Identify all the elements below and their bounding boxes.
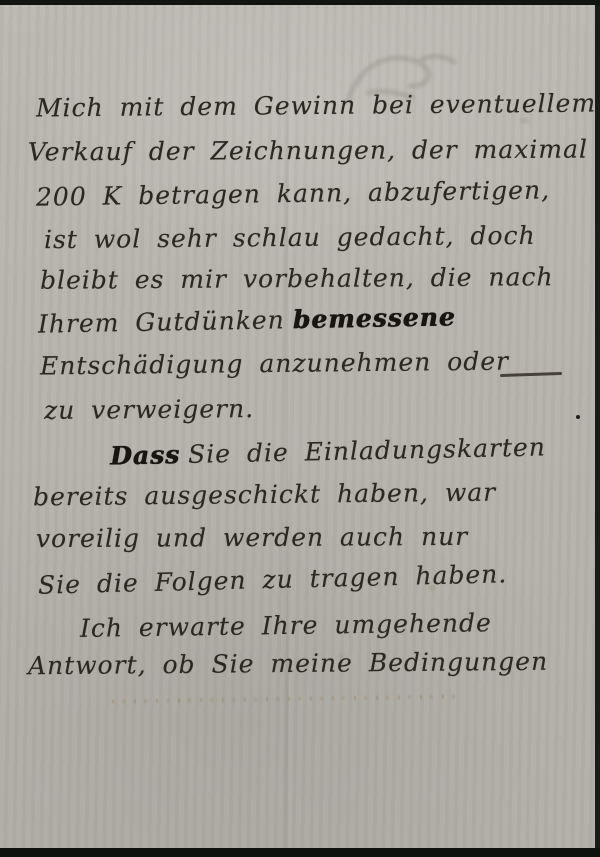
line-text: ist wol sehr schlau gedacht, doch — [44, 221, 536, 254]
line-text: zu verweigern. — [44, 394, 254, 425]
handwritten-line: ist wol sehr schlau gedacht, doch — [44, 223, 536, 252]
ink-dot — [576, 415, 580, 419]
line-text: Ihrem Gutdünken — [38, 305, 285, 338]
handwritten-line: bleibt es mir vorbehalten, die nach — [40, 264, 554, 293]
scan-edge-top — [0, 0, 600, 5]
line-text: Ich erwarte Ihre umgehende — [80, 608, 492, 643]
handwritten-line: Entschädigung anzunehmen oder — [40, 349, 509, 379]
pen-stroke — [500, 372, 562, 377]
line-text: voreilig und werden auch nur — [36, 522, 468, 553]
handwritten-line: Antwort, ob Sie meine Bedingungen — [28, 649, 548, 679]
letter-page: Mich mit dem Gewinn bei eventuellem Verk… — [0, 5, 595, 848]
line-text: bereits ausgeschickt haben, war — [33, 478, 496, 512]
paper-crease — [282, 5, 294, 848]
letter-scan: Mich mit dem Gewinn bei eventuellem Verk… — [0, 0, 600, 857]
line-text: Antwort, ob Sie meine Bedingungen — [28, 647, 548, 681]
line-text: Mich mit dem Gewinn bei eventuellem — [36, 89, 596, 123]
line-text: Sie die Einladungskarten — [188, 432, 546, 468]
handwritten-line: zu verweigern. — [44, 396, 254, 423]
line-text-emphasis: Dass — [110, 440, 181, 470]
line-text: Verkauf der Zeichnungen, der maximal — [28, 135, 588, 167]
handwritten-line: voreilig und werden auch nur — [36, 524, 468, 551]
line-text: 200 K betragen kann, abzufertigen, — [36, 175, 550, 211]
line-text: Entschädigung anzunehmen oder — [40, 347, 509, 381]
handwritten-line: DassSie die Einladungskarten — [110, 434, 546, 468]
line-text: bleibt es mir vorbehalten, die nach — [40, 262, 554, 295]
handwritten-line: Mich mit dem Gewinn bei eventuellem — [36, 91, 596, 121]
scan-edge-right — [595, 5, 600, 848]
handwritten-line: bereits ausgeschickt haben, war — [33, 480, 496, 510]
handwritten-line: Verkauf der Zeichnungen, der maximal — [28, 137, 588, 165]
line-text-emphasis: bemessene — [292, 302, 455, 334]
handwritten-line: Ich erwarte Ihre umgehende — [80, 610, 492, 641]
handwritten-line: Ihrem Gutdünkenbemessene — [38, 304, 456, 336]
handwritten-line: Sie die Folgen zu tragen haben. — [38, 561, 508, 597]
line-text: Sie die Folgen zu tragen haben. — [38, 559, 508, 599]
handwritten-line: 200 K betragen kann, abzufertigen, — [36, 177, 550, 209]
scan-edge-bottom — [0, 848, 600, 857]
